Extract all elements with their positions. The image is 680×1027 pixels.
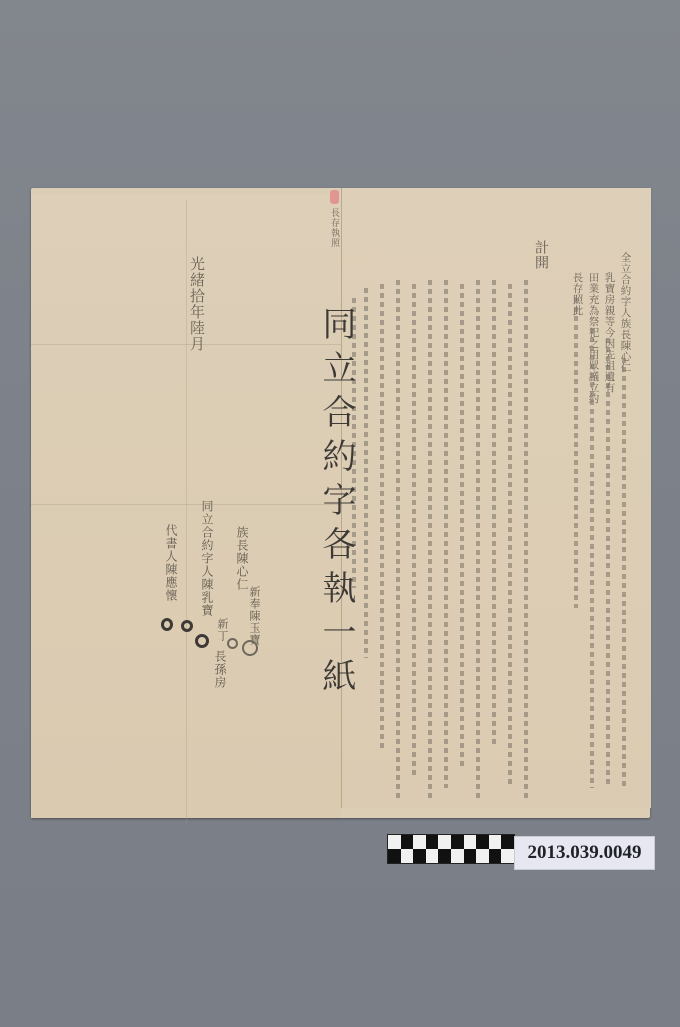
signatory-new-member: 新丁 xyxy=(217,618,228,642)
seal-stamp xyxy=(181,620,193,632)
handwritten-columns xyxy=(342,188,651,808)
manuscript-document: 光緒拾年陸月 族長陳心仁 同立合約字人陳乳寶 代書人陳應懷 新奉陳玉寶 新丁 長… xyxy=(31,188,650,818)
margin-note: 長存執照 xyxy=(329,208,338,248)
signatory-contract-party: 同立合約字人陳乳寶 xyxy=(201,500,213,617)
seal-stamp xyxy=(161,618,173,631)
left-sheet: 光緒拾年陸月 族長陳心仁 同立合約字人陳乳寶 代書人陳應懷 新奉陳玉寶 新丁 長… xyxy=(31,194,341,818)
accession-number-label: 2013.039.0049 xyxy=(514,836,655,870)
signatory-scribe: 代書人陳應懷 xyxy=(165,524,177,602)
signatory-eldest-branch: 長孫房 xyxy=(214,650,226,689)
fold-line xyxy=(186,200,187,824)
right-sheet: 計開 全立合約字人族長陳心仁 乳寶房親等今因先祖遺有 田業充為祭祀之用眾議立約 … xyxy=(341,188,651,808)
date-line: 光緒拾年陸月 xyxy=(189,256,204,352)
split-contract-characters: 同立合約字各執一紙 xyxy=(319,306,353,702)
seal-stamp xyxy=(195,634,209,648)
red-seal-mark xyxy=(330,190,339,204)
seal-stamp xyxy=(242,640,258,656)
signatory-clan-head: 族長陳心仁 xyxy=(236,526,248,591)
seal-stamp xyxy=(227,638,238,649)
signatory-witness: 新奉陳玉寶 xyxy=(249,586,260,646)
color-scale-bar xyxy=(387,834,515,864)
